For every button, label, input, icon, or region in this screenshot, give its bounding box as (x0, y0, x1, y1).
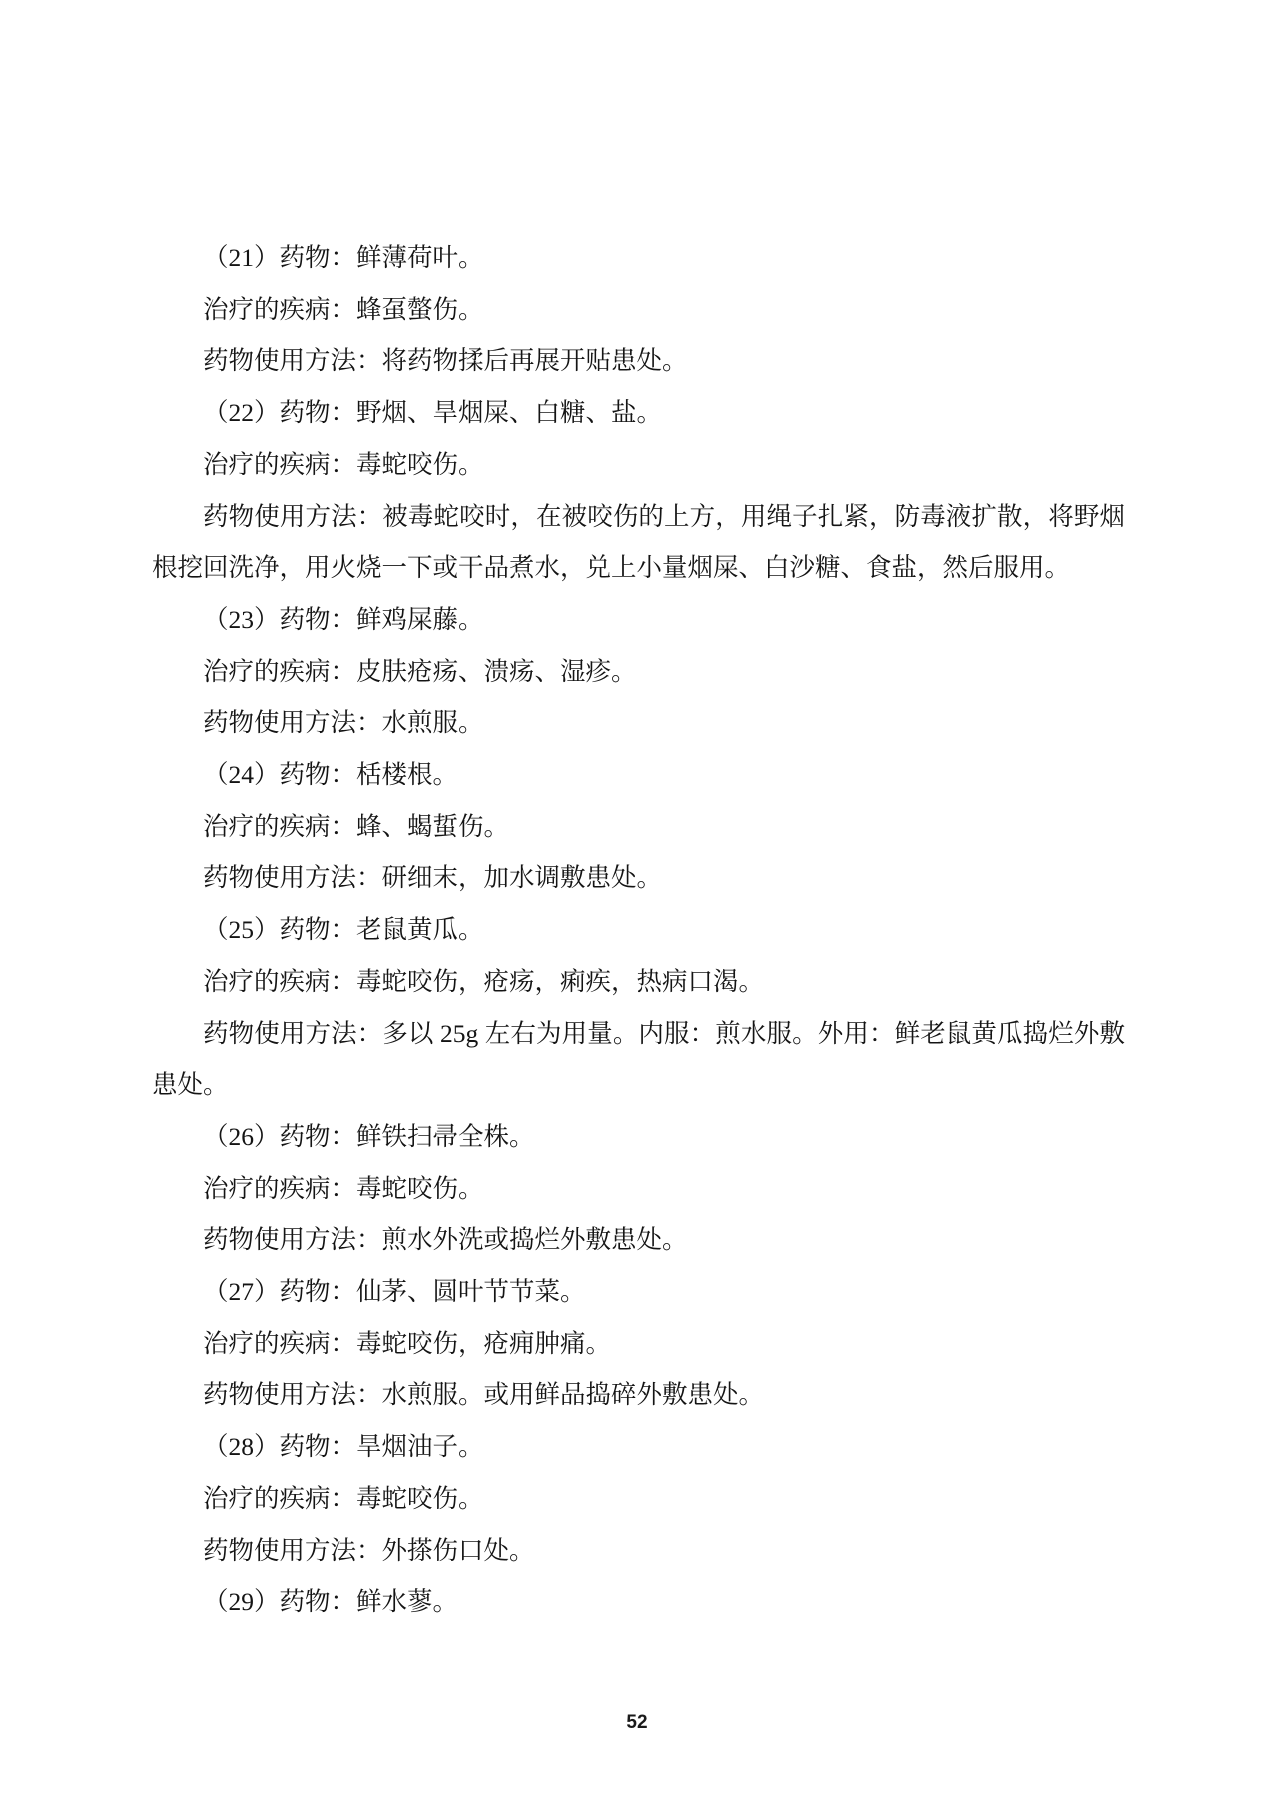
item-disease-paragraph: 治疗的疾病：蜂虿螫伤。 (152, 284, 1125, 336)
document-body: （21）药物：鲜薄荷叶。治疗的疾病：蜂虿螫伤。药物使用方法：将药物揉后再展开贴患… (152, 232, 1125, 1628)
item-drug-paragraph: （26）药物：鲜铁扫帚全株。 (152, 1111, 1125, 1163)
item-drug-paragraph: （22）药物：野烟、旱烟屎、白糖、盐。 (152, 387, 1125, 439)
item-disease-paragraph: 治疗的疾病：毒蛇咬伤，疮痈肿痛。 (152, 1318, 1125, 1370)
item-method-paragraph: 药物使用方法：研细末，加水调敷患处。 (152, 852, 1125, 904)
item-method-paragraph: 药物使用方法：外搽伤口处。 (152, 1525, 1125, 1577)
item-drug-paragraph: （24）药物：栝楼根。 (152, 749, 1125, 801)
item-method-paragraph: 药物使用方法：水煎服。或用鲜品捣碎外敷患处。 (152, 1369, 1125, 1421)
item-method-paragraph: 药物使用方法：将药物揉后再展开贴患处。 (152, 335, 1125, 387)
item-drug-paragraph: （27）药物：仙茅、圆叶节节菜。 (152, 1266, 1125, 1318)
item-method-paragraph: 药物使用方法：被毒蛇咬时，在被咬伤的上方，用绳子扎紧，防毒液扩散，将野烟根挖回洗… (152, 491, 1125, 594)
item-disease-paragraph: 治疗的疾病：毒蛇咬伤，疮疡，痢疾，热病口渴。 (152, 956, 1125, 1008)
item-disease-paragraph: 治疗的疾病：皮肤疮疡、溃疡、湿疹。 (152, 646, 1125, 698)
page-number: 52 (0, 1712, 1274, 1734)
item-method-paragraph: 药物使用方法：煎水外洗或捣烂外敷患处。 (152, 1214, 1125, 1266)
item-drug-paragraph: （21）药物：鲜薄荷叶。 (152, 232, 1125, 284)
item-disease-paragraph: 治疗的疾病：毒蛇咬伤。 (152, 1473, 1125, 1525)
item-drug-paragraph: （29）药物：鲜水蓼。 (152, 1576, 1125, 1628)
document-page: （21）药物：鲜薄荷叶。治疗的疾病：蜂虿螫伤。药物使用方法：将药物揉后再展开贴患… (0, 0, 1274, 1801)
item-disease-paragraph: 治疗的疾病：蜂、蝎蜇伤。 (152, 801, 1125, 853)
item-drug-paragraph: （28）药物：旱烟油子。 (152, 1421, 1125, 1473)
item-disease-paragraph: 治疗的疾病：毒蛇咬伤。 (152, 1163, 1125, 1215)
item-drug-paragraph: （25）药物：老鼠黄瓜。 (152, 904, 1125, 956)
item-method-paragraph: 药物使用方法：多以 25g 左右为用量。内服：煎水服。外用：鲜老鼠黄瓜捣烂外敷患… (152, 1008, 1125, 1111)
item-disease-paragraph: 治疗的疾病：毒蛇咬伤。 (152, 439, 1125, 491)
item-method-paragraph: 药物使用方法：水煎服。 (152, 697, 1125, 749)
item-drug-paragraph: （23）药物：鲜鸡屎藤。 (152, 594, 1125, 646)
